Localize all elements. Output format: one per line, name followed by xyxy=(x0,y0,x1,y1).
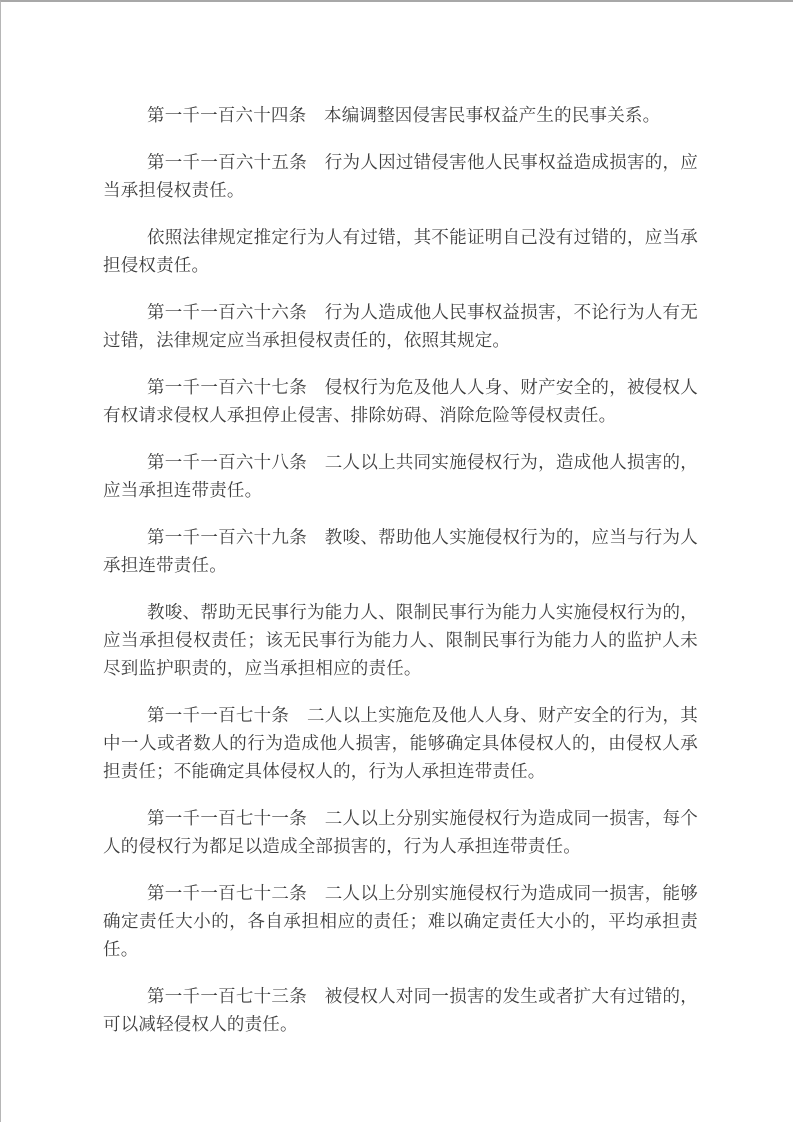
document-content: 第一千一百六十四条 本编调整因侵害民事权益产生的民事关系。 第一千一百六十五条 … xyxy=(1,2,793,1038)
paragraph-article-1164: 第一千一百六十四条 本编调整因侵害民事权益产生的民事关系。 xyxy=(103,101,698,129)
paragraph-article-1170: 第一千一百七十条 二人以上实施危及他人人身、财产安全的行为，其中一人或者数人的行… xyxy=(103,701,698,785)
paragraph-article-1171: 第一千一百七十一条 二人以上分别实施侵权行为造成同一损害，每个人的侵权行为都足以… xyxy=(103,804,698,860)
paragraph-article-1169-clause-2: 教唆、帮助无民事行为能力人、限制民事行为能力人实施侵权行为的，应当承担侵权责任；… xyxy=(103,598,698,682)
document-page: 第一千一百六十四条 本编调整因侵害民事权益产生的民事关系。 第一千一百六十五条 … xyxy=(0,0,793,1122)
paragraph-article-1165-clause-2: 依照法律规定推定行为人有过错，其不能证明自己没有过错的，应当承担侵权责任。 xyxy=(103,223,698,279)
paragraph-article-1167: 第一千一百六十七条 侵权行为危及他人人身、财产安全的，被侵权人有权请求侵权人承担… xyxy=(103,373,698,429)
paragraph-article-1168: 第一千一百六十八条 二人以上共同实施侵权行为，造成他人损害的，应当承担连带责任。 xyxy=(103,448,698,504)
paragraph-article-1165: 第一千一百六十五条 行为人因过错侵害他人民事权益造成损害的，应当承担侵权责任。 xyxy=(103,148,698,204)
paragraph-article-1166: 第一千一百六十六条 行为人造成他人民事权益损害，不论行为人有无过错，法律规定应当… xyxy=(103,298,698,354)
paragraph-article-1173: 第一千一百七十三条 被侵权人对同一损害的发生或者扩大有过错的，可以减轻侵权人的责… xyxy=(103,982,698,1038)
paragraph-article-1172: 第一千一百七十二条 二人以上分别实施侵权行为造成同一损害，能够确定责任大小的，各… xyxy=(103,879,698,963)
paragraph-article-1169: 第一千一百六十九条 教唆、帮助他人实施侵权行为的，应当与行为人承担连带责任。 xyxy=(103,523,698,579)
